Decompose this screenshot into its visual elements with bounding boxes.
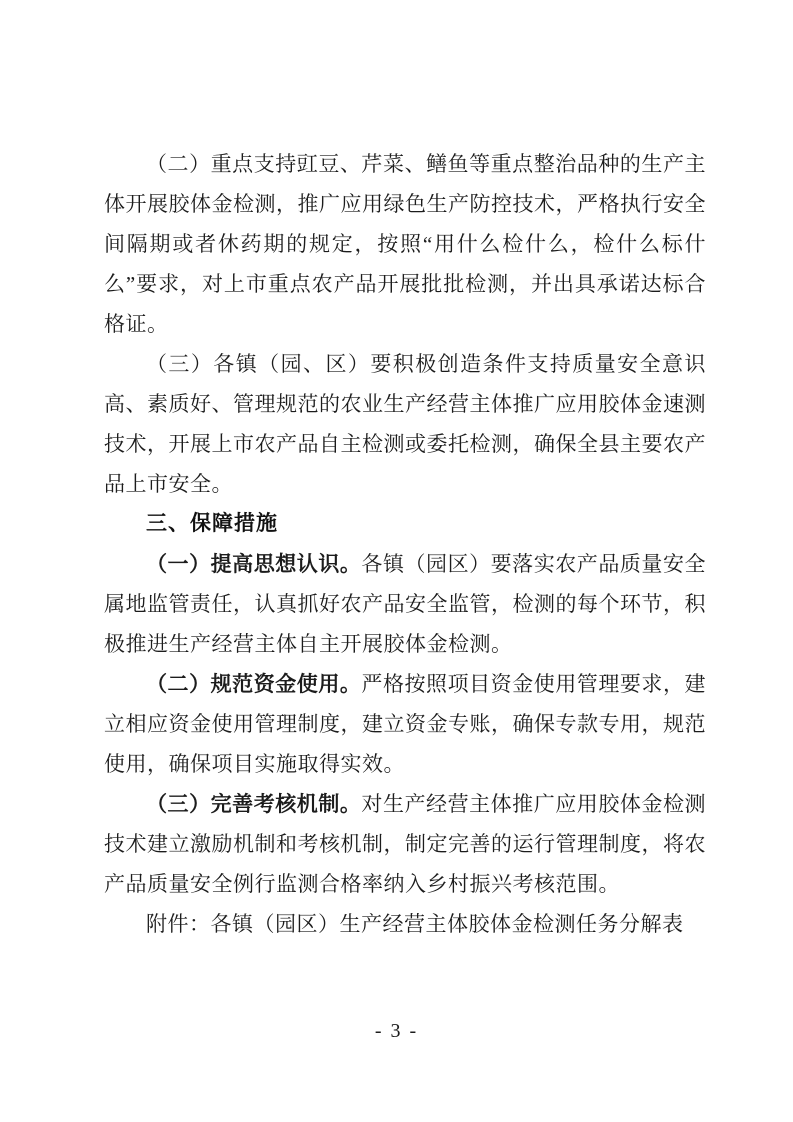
document-content: （二）重点支持豇豆、芹菜、鳝鱼等重点整治品种的生产主体开展胶体金检测，推广应用绿…: [104, 144, 706, 944]
document-page: （二）重点支持豇豆、芹菜、鳝鱼等重点整治品种的生产主体开展胶体金检测，推广应用绿…: [0, 0, 793, 1122]
paragraph-text: （二）重点支持豇豆、芹菜、鳝鱼等重点整治品种的生产主体开展胶体金检测，推广应用绿…: [104, 152, 706, 336]
paragraph-lead: （二）规范资金使用。: [146, 672, 361, 696]
paragraph-intro-3: （三）各镇（园、区）要积极创造条件支持质量安全意识高、素质好、管理规范的农业生产…: [104, 344, 706, 504]
page-number: - 3 -: [0, 1016, 793, 1046]
paragraph-measure-1: （一）提高思想认识。各镇（园区）要落实农产品质量安全属地监管责任，认真抓好农产品…: [104, 544, 706, 664]
paragraph-measure-2: （二）规范资金使用。严格按照项目资金使用管理要求，建立相应资金使用管理制度，建立…: [104, 664, 706, 784]
paragraph-measure-3: （三）完善考核机制。对生产经营主体推广应用胶体金检测技术建立激励机制和考核机制，…: [104, 784, 706, 904]
section-heading: 三、保障措施: [104, 504, 706, 544]
paragraph-intro-2: （二）重点支持豇豆、芹菜、鳝鱼等重点整治品种的生产主体开展胶体金检测，推广应用绿…: [104, 144, 706, 344]
paragraph-lead: （三）完善考核机制。: [146, 792, 361, 816]
attachment-line: 附件：各镇（园区）生产经营主体胶体金检测任务分解表: [104, 904, 706, 944]
paragraph-lead: （一）提高思想认识。: [146, 552, 361, 576]
paragraph-text: （三）各镇（园、区）要积极创造条件支持质量安全意识高、素质好、管理规范的农业生产…: [104, 352, 706, 496]
